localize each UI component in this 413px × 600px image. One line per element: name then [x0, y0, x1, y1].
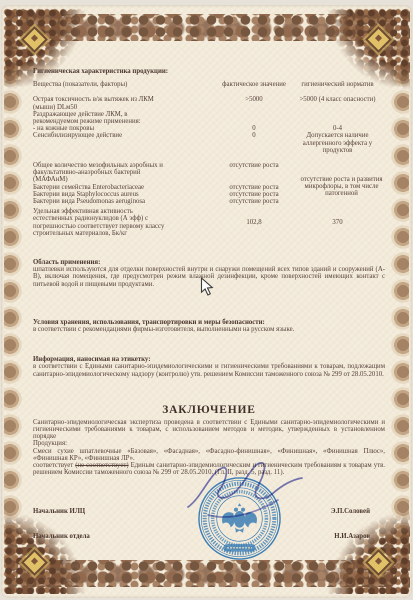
- signatory-name: Н.И.Азаров: [334, 533, 370, 540]
- label-info-title: Информация, наносимая на этикетку:: [33, 356, 385, 363]
- cell-substance: Сенсибилизирующее действие: [33, 132, 218, 154]
- fact-line: отсутствие роста: [218, 162, 290, 169]
- conclusion-paragraph: Санитарно-эпидемиологическая экспертиза …: [33, 419, 385, 441]
- fact-line: [218, 169, 290, 176]
- cell-fact: [218, 111, 290, 125]
- cell-substance: Общее количество мезофильных аэробных и …: [33, 162, 218, 205]
- label-info-section: Информация, наносимая на этикетку: в соо…: [33, 356, 385, 378]
- mouse-cursor-icon: [200, 277, 214, 297]
- cell-norm: отсутствие роста и развития микрофлоры, …: [290, 162, 385, 205]
- signatory-name: Э.П.Соловей: [331, 508, 370, 515]
- signature-icon: [178, 455, 313, 530]
- substance-line: Общее количество мезофильных аэробных и: [33, 162, 173, 169]
- storage-body: в соответствии с рекомендациями фирмы-из…: [33, 326, 385, 333]
- substance-line: Бактерии вида Staphylococcus aureus: [33, 191, 173, 198]
- cell-fact: 0: [218, 125, 290, 132]
- signatory-role: Начальник ИЛЦ: [33, 508, 85, 515]
- gold-rosette-icon: [365, 549, 392, 576]
- cell-substance: Раздражающее действие ЛКМ, в рекомендуем…: [33, 111, 218, 125]
- substance-line: Бактерии вида Pseudomonas aeruginosa: [33, 198, 173, 205]
- column-header-substance: Вещества (показатели, факторы): [33, 81, 218, 88]
- cell-fact: 102,8: [218, 219, 290, 226]
- table-row-microbiology: Общее количество мезофильных аэробных и …: [33, 162, 385, 205]
- fact-line: отсутствие роста: [218, 191, 290, 198]
- certificate-border-right: [387, 35, 409, 566]
- signatory-role: Начальник отдела: [33, 533, 90, 540]
- gold-rosette-icon: [365, 26, 392, 53]
- substance-line: факультативно-анаэробных бактерий: [33, 169, 173, 176]
- gold-rosette-icon: [21, 26, 48, 53]
- stamp-banner: [224, 544, 256, 551]
- table-row: - на кожные покровы 0 0-4: [33, 125, 385, 132]
- cell-substance: Острая токсичность в/ж вытяжек из ЛКМ (м…: [33, 96, 218, 110]
- cell-fact: отсутствие роста отсутствие роста отсутс…: [218, 162, 290, 205]
- fact-line: отсутствие роста: [218, 184, 290, 191]
- fact-line: [218, 176, 290, 183]
- cell-norm: Допускается наличие аллергенного эффекта…: [290, 132, 385, 154]
- product-label: Продукция:: [33, 440, 385, 447]
- table-header: Вещества (показатели, факторы) фактическ…: [33, 81, 385, 88]
- table-row: Раздражающее действие ЛКМ, в рекомендуем…: [33, 111, 385, 125]
- storage-title: Условия хранения, использования, транспо…: [33, 319, 385, 326]
- fact-line: отсутствие роста: [218, 198, 290, 205]
- storage-section: Условия хранения, использования, транспо…: [33, 319, 385, 333]
- table-row: Острая токсичность в/ж вытяжек из ЛКМ (м…: [33, 96, 385, 110]
- application-title: Область применения:: [33, 259, 385, 266]
- gold-rosette-icon: [21, 549, 48, 576]
- cell-substance: - на кожные покровы: [33, 125, 218, 132]
- cell-norm: >5000 (4 класс опасности): [290, 96, 385, 110]
- cell-fact: >5000: [218, 96, 290, 110]
- compliance-before: соответствует: [33, 462, 75, 469]
- compliance-struck-text: (не соответствует): [75, 462, 128, 469]
- cell-norm: [290, 111, 385, 125]
- cell-norm: 370: [290, 219, 385, 226]
- column-header-fact: фактическое значение: [218, 81, 290, 88]
- certificate-border-left: [4, 35, 26, 566]
- label-info-body: в соответствии с Едиными санитарно-эпиде…: [33, 363, 385, 377]
- cell-substance: Удельная эффективная активность естестве…: [33, 208, 218, 237]
- substance-line: (МАФАнМ): [33, 176, 173, 183]
- conclusion-title: ЗАКЛЮЧЕНИЕ: [33, 404, 385, 416]
- substance-line: Бактерии семейства Enterobacteriaceae: [33, 184, 173, 191]
- table-row: Сенсибилизирующее действие 0 Допускается…: [33, 132, 385, 154]
- column-header-norm: гигиенический норматив: [290, 81, 385, 88]
- cell-fact: 0: [218, 132, 290, 154]
- hygiene-section-title: Гигиеническая характеристика продукции:: [33, 68, 385, 75]
- cell-norm: 0-4: [290, 125, 385, 132]
- table-row-radionuclides: Удельная эффективная активность естестве…: [33, 208, 385, 237]
